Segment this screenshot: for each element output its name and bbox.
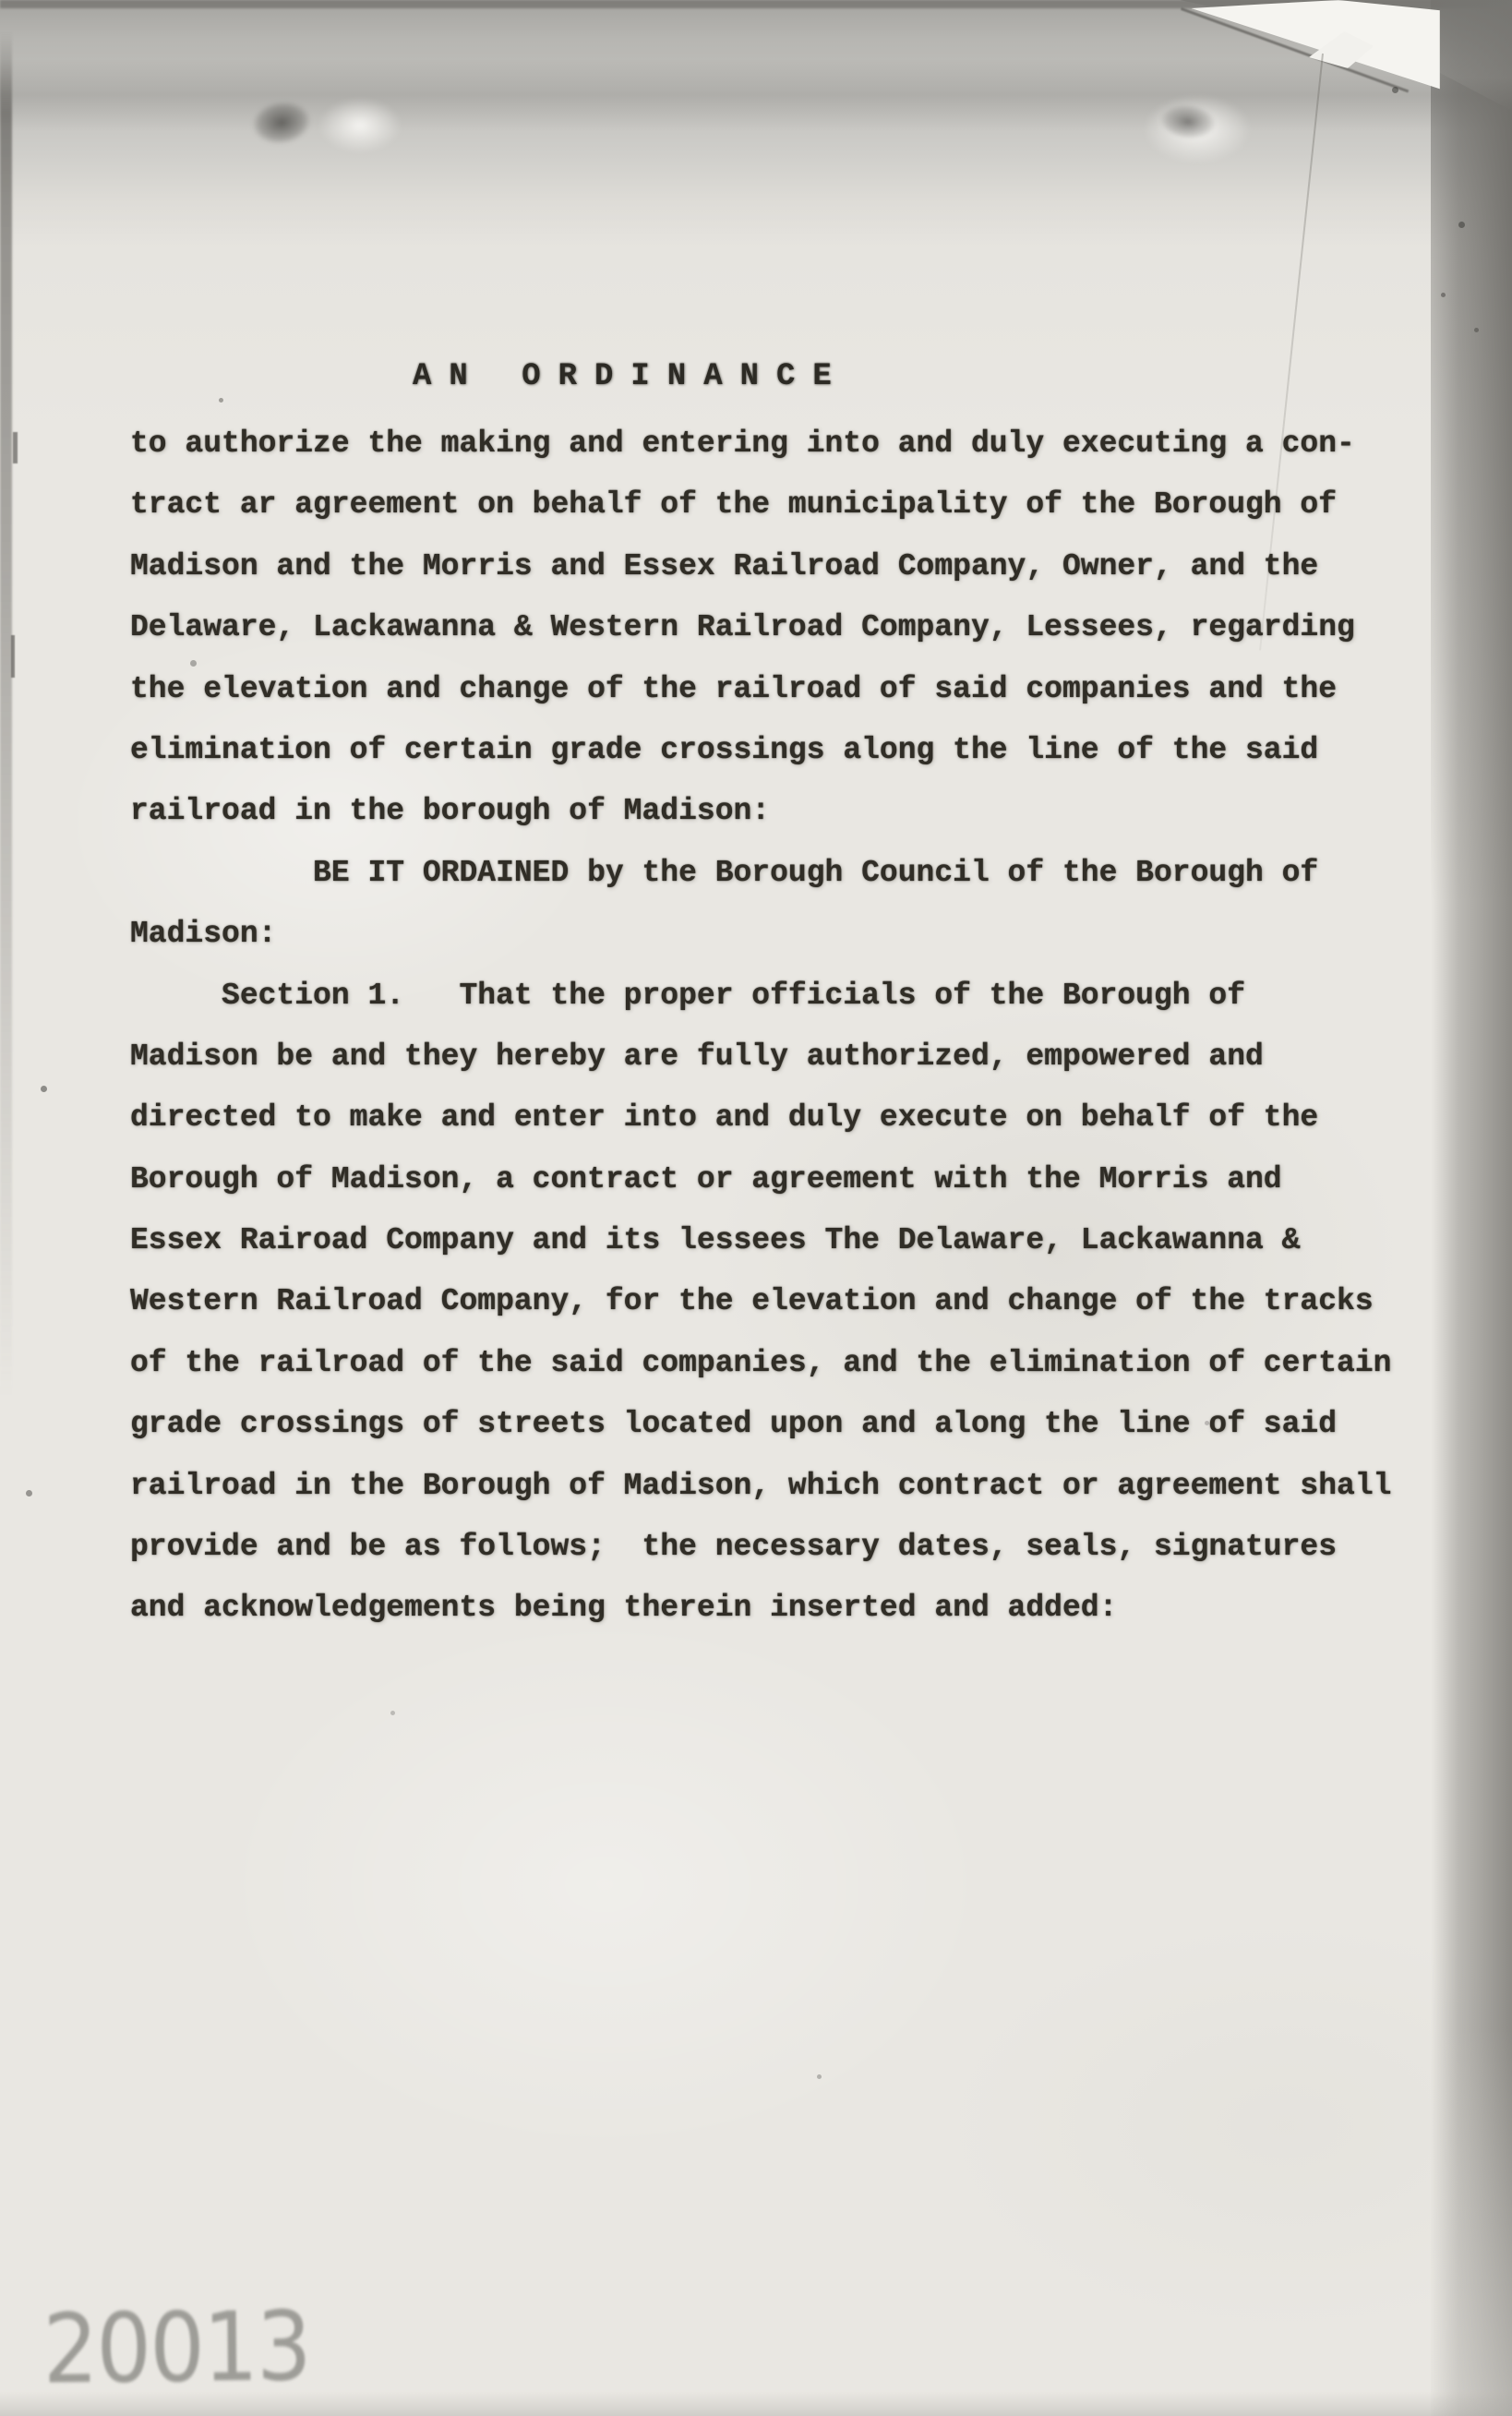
- document-line: provide and be as follows; the necessary…: [130, 1521, 1450, 1581]
- document-line: Madison:: [130, 908, 1450, 968]
- document-line: Section 1. That the proper officials of …: [130, 969, 1450, 1030]
- ordinance-heading: AN ORDINANCE: [413, 359, 849, 394]
- document-line: of the railroad of the said companies, a…: [130, 1337, 1450, 1398]
- document-number-stamp: 20013: [42, 2292, 310, 2406]
- document-line: Delaware, Lackawanna & Western Railroad …: [130, 601, 1450, 662]
- document-line: Western Railroad Company, for the elevat…: [130, 1275, 1450, 1336]
- document-line: Essex Rairoad Company and its lessees Th…: [130, 1214, 1450, 1275]
- document-line: Madison and the Morris and Essex Railroa…: [130, 540, 1450, 601]
- scanned-document-page: AN ORDINANCE to authorize the making and…: [0, 0, 1512, 2416]
- left-margin-mark: [11, 635, 15, 678]
- document-line: directed to make and enter into and duly…: [130, 1091, 1450, 1152]
- scan-left-edge-strip: [0, 31, 12, 1398]
- document-line: to authorize the making and entering int…: [130, 417, 1450, 478]
- document-line: tract ar agreement on behalf of the muni…: [130, 478, 1450, 539]
- document-line: BE IT ORDAINED by the Borough Council of…: [130, 847, 1450, 908]
- scan-bottom-shading: [0, 2392, 1512, 2416]
- document-line: the elevation and change of the railroad…: [130, 663, 1450, 724]
- dust-speckles: [0, 0, 3, 3]
- document-line: railroad in the borough of Madison:: [130, 785, 1450, 846]
- document-body: to authorize the making and entering int…: [130, 417, 1450, 1643]
- document-line: and acknowledgements being therein inser…: [130, 1581, 1450, 1642]
- document-line: railroad in the Borough of Madison, whic…: [130, 1460, 1450, 1521]
- document-line: elimination of certain grade crossings a…: [130, 724, 1450, 785]
- document-line: grade crossings of streets located upon …: [130, 1398, 1450, 1459]
- document-line: Borough of Madison, a contract or agreem…: [130, 1153, 1450, 1214]
- document-line: Madison be and they hereby are fully aut…: [130, 1030, 1450, 1091]
- left-margin-mark: [13, 432, 18, 463]
